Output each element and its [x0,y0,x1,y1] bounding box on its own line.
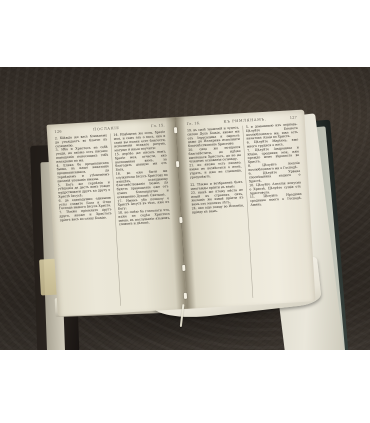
left-text-column-1: 2. Кійждо же васъ ближнему да угождаетъ … [55,134,120,309]
right-running-title: КЪ РИМЛЯНАМЪ. [224,117,267,124]
right-page-columns: 19. въ силѣ знаменій и чудесъ, силою Дух… [187,122,308,301]
left-chapter-label: Гл. 15. [151,123,165,128]
left-text-column-2: 14. Извѣщенъ же есмь, братіе моя, и самъ… [110,130,175,305]
left-page: 126 ПОСЛАНІЕ Гл. 15. 2. Кійждо же васъ б… [47,117,187,316]
right-page-number: 127 [290,115,298,119]
left-page-content: 126 ПОСЛАНІЕ Гл. 15. 2. Кійждо же васъ б… [47,117,187,316]
right-page: Гл. 16. КЪ РИМЛЯНАМЪ. 127 19. въ силѣ зн… [175,110,315,309]
binding-stitch [174,127,177,133]
binding-stitch [184,293,187,299]
binding-stitch [176,161,179,167]
binding-stitch [179,217,182,223]
binding-stitch [182,265,185,271]
right-text-column-1: 19. въ силѣ знаменій и чудесъ, силою Дух… [187,126,252,301]
photo-frame: 126 ПОСЛАНІЕ Гл. 15. 2. Кійждо же васъ б… [0,0,370,423]
left-page-number: 126 [54,129,62,133]
open-book-spread: 126 ПОСЛАНІЕ Гл. 15. 2. Кійждо же васъ б… [47,110,316,317]
right-text-column-2: 5. и домашнюю ихъ церковь. Цѣлуйте Епене… [242,122,307,297]
right-page-content: Гл. 16. КЪ РИМЛЯНАМЪ. 127 19. въ силѣ зн… [175,110,315,309]
leather-surface: 126 ПОСЛАНІЕ Гл. 15. 2. Кійждо же васъ б… [0,67,370,350]
left-page-columns: 2. Кійждо же васъ ближнему да угождаетъ … [55,130,176,309]
left-running-title: ПОСЛАНІЕ [93,126,120,132]
right-chapter-label: Гл. 16. [187,121,201,126]
